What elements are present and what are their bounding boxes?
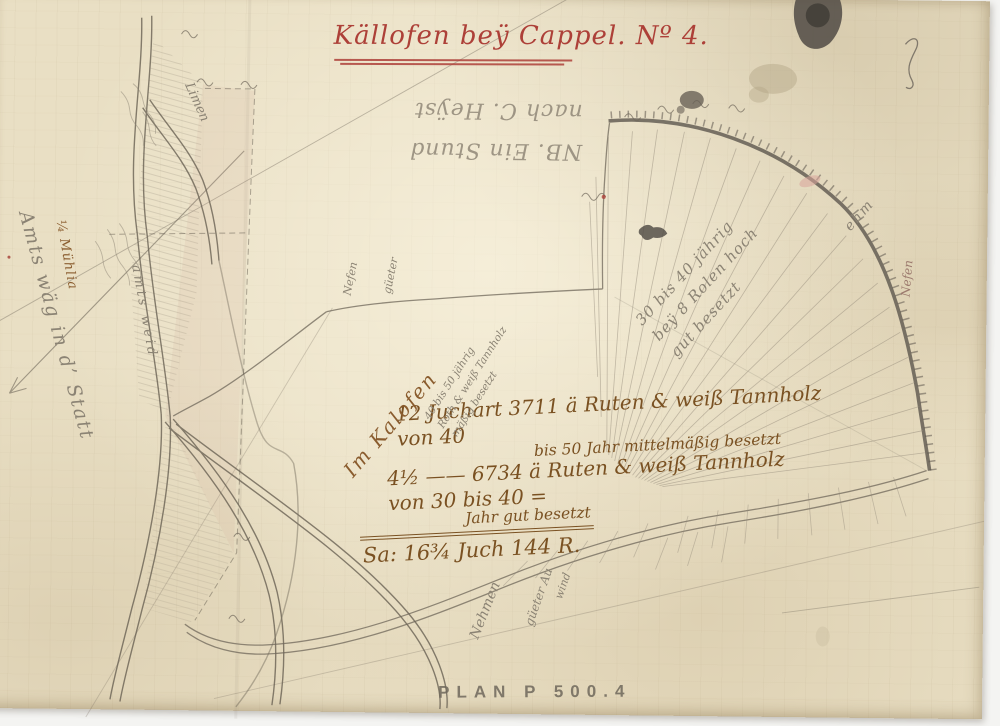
archive-number: PLAN P 500.4 — [438, 682, 631, 703]
nb-note-line2: nach C. Heÿst — [342, 89, 582, 131]
scan-background: Källofen beÿ Cappel. Nº 4. NB. Ein Stund… — [0, 0, 1000, 726]
nb-note-line1: NB. Ein Stund — [342, 129, 582, 171]
map-sheet: Källofen beÿ Cappel. Nº 4. NB. Ein Stund… — [0, 0, 990, 719]
nb-note: NB. Ein Stund nach C. Heÿst — [342, 89, 583, 171]
map-title: Källofen beÿ Cappel. Nº 4. — [334, 21, 709, 51]
arc-word-2: Nefen — [899, 260, 916, 298]
